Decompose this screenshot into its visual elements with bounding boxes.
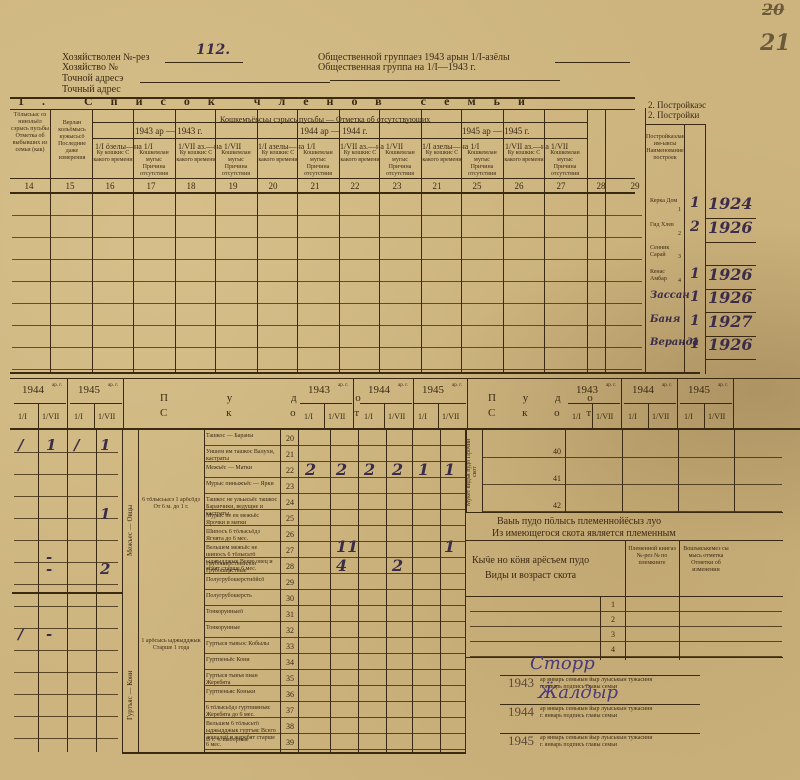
buildings-col-label: Постройкаэлан им-ывсы Наименование постр…	[646, 134, 684, 162]
year-suffix: ар. г.	[338, 383, 348, 388]
signature-text-ru: г. январь подпись главы семьи	[540, 742, 617, 749]
column-number-14: 28	[586, 181, 616, 191]
half1-label: 1/I	[628, 411, 637, 422]
livestock-row-num: 38	[281, 722, 299, 731]
year-suffix: ар. г.	[662, 383, 672, 388]
livestock-row-label: Полугрубошерстнӧйсӧ	[206, 577, 278, 584]
half1-label: 1/I	[684, 411, 693, 422]
livestock-row-num: 20	[281, 434, 299, 443]
year-label: 1945	[422, 385, 444, 396]
livestock-row-num: 31	[281, 610, 299, 619]
building-count[interactable]: 1	[690, 292, 700, 303]
building-num: 4	[678, 276, 681, 287]
livestock-row-label: Тонкорунные	[206, 625, 278, 632]
archive-number: 21	[760, 38, 791, 49]
left-cell-row20-1[interactable]: 1	[46, 436, 56, 454]
livestock-row-num: 27	[281, 546, 299, 555]
livestock-row-label: Ташкос — Бараны	[206, 433, 278, 440]
livestock-row-num: 22	[281, 466, 299, 475]
building-count[interactable]: 1	[690, 269, 700, 280]
livestock-row-num: 33	[281, 642, 299, 651]
building-count[interactable]: 1	[690, 198, 700, 209]
livestock-title-ru-right: С к о т	[488, 408, 603, 419]
left-cell-row29-1[interactable]: -	[46, 625, 52, 643]
signature-handwritten[interactable]: Сторр	[530, 653, 595, 674]
subheader-9: Кошкемлан мугыс Причина отсутствия	[462, 150, 502, 178]
building-year[interactable]: 1926	[708, 269, 753, 280]
mid-cell-row22-4[interactable]: 1	[418, 460, 429, 479]
column-number-2: 16	[95, 181, 125, 191]
household-no-ru-label: Хозяйство №	[62, 62, 118, 73]
column-number-12: 26	[504, 181, 534, 191]
subheader-3: Кошкемлан мугыс Причина отсутствия	[216, 150, 256, 178]
livestock-row-label: Тонкорунныеӧ	[206, 609, 278, 616]
building-count[interactable]: 1	[690, 316, 700, 327]
column-number-13: 27	[546, 181, 576, 191]
subgroup-age1: 1 арӧсысь ыджыдджык Старше 1 года	[140, 638, 202, 652]
building-year[interactable]: 1926	[708, 292, 753, 303]
year-1945-label: 1945 ар — 1945 г.	[462, 126, 529, 137]
building-year[interactable]: 1926	[708, 339, 753, 350]
subheader-1: Кошкемлан мугыс Причина отсутствия	[134, 150, 174, 178]
subheader-2: Ку кошкис С какого времени	[176, 150, 216, 164]
year-label: 1944	[22, 385, 44, 396]
column-number-7: 21	[300, 181, 330, 191]
left-cell-row20-2[interactable]: /	[74, 436, 79, 454]
building-year[interactable]: 1924	[708, 198, 753, 209]
livestock-title-komi: П у д о	[160, 393, 389, 404]
column-number-8: 22	[340, 181, 370, 191]
group-ru-label: Общественная группа на 1/I—1943 г.	[318, 62, 476, 73]
livestock-row-num: 35	[281, 674, 299, 683]
address-komi-label: Точной адресэ	[62, 73, 123, 84]
livestock-row-label: Вельшем 6 тӧлысьтӧ ыджыдджык гуртъяс Все…	[206, 721, 278, 749]
half2-label: 1/VII	[98, 411, 115, 422]
half2-label: 1/VII	[708, 411, 725, 422]
building-name: Зассан	[650, 292, 678, 299]
livestock-title-ru: С к о т	[160, 408, 387, 419]
breeding-row-num: 1	[604, 600, 622, 609]
building-name: Сенник Сарай	[650, 245, 678, 259]
left-cell-row27-3[interactable]: 2	[100, 560, 110, 578]
other-row-num: 40	[548, 447, 566, 456]
subheader-11: Кошкемлан мугыс Причина отсутствия	[545, 150, 585, 178]
livestock-row-num: 28	[281, 562, 299, 571]
livestock-row-num: 32	[281, 626, 299, 635]
column-number-11: 25	[462, 181, 492, 191]
breeding-title-ru: Из имеющегося скота является племенным	[492, 528, 676, 539]
section-title: 1. Список членов семьи	[18, 96, 543, 107]
breeding-col3: Вошъяськемез сы мысь отметка Отметки об …	[680, 546, 732, 574]
signature-year: 1944	[508, 706, 534, 717]
building-num: 2	[678, 229, 681, 240]
column-number-5: 19	[218, 181, 248, 191]
livestock-row-num: 29	[281, 578, 299, 587]
building-name: Веранда	[650, 339, 678, 346]
building-year[interactable]: 1926	[708, 222, 753, 233]
left-cell-row29-0[interactable]: /	[18, 625, 23, 643]
livestock-row-label: В т. ч. выборные	[206, 737, 278, 744]
half2-label: 1/VII	[652, 411, 669, 422]
subheader-0: Ку кошкис С какого времени	[93, 150, 133, 164]
mid-cell-row22-1[interactable]: 2	[336, 460, 347, 479]
signature-text-komi: ар январь семьяын йыр луыськын тужасиня	[540, 706, 652, 713]
signature-year: 1945	[508, 735, 534, 746]
livestock-row-label: Межъёс — Матки	[206, 465, 278, 472]
mid-cell-row27-3[interactable]: 2	[392, 556, 403, 575]
year-suffix: ар. г.	[718, 383, 728, 388]
livestock-title-komi-right: П у д о	[488, 393, 605, 404]
breeding-col2: Племенной книгаэ №-рез № по племкниге	[626, 546, 678, 567]
livestock-row-label: Мурыс пиныжъёс — Ярки	[206, 481, 278, 488]
buildings-title-ru: 2. Постройки	[648, 110, 699, 121]
other-livestock-label: Мукет видъя пудо Прочий скот	[466, 434, 478, 510]
building-num: 1	[678, 205, 681, 216]
year-1944-label: 1944 ар — 1944 г.	[300, 126, 367, 137]
mid-cell-row26-5[interactable]: 1	[444, 537, 455, 556]
left-cell-row27-1[interactable]: -	[46, 560, 52, 578]
year-suffix: ар. г.	[398, 383, 408, 388]
column-number-6: 20	[258, 181, 288, 191]
mid-cell-row22-5[interactable]: 1	[444, 460, 455, 479]
mid-cell-row27-1[interactable]: 4	[336, 556, 347, 575]
building-year[interactable]: 1927	[708, 316, 753, 327]
col15-label: Верлан кольӧмысь кужысьсӧ Последние даже…	[54, 120, 90, 162]
archive-number-crossed: 20	[762, 4, 784, 15]
livestock-row-num: 34	[281, 658, 299, 667]
subheader-8: Ку кошкис С какого времени	[422, 150, 462, 164]
livestock-row-label: Гуртпеньёс Кони	[206, 657, 278, 664]
subheader-10: Ку кошкис С какого времени	[504, 150, 544, 164]
mid-cell-row22-3[interactable]: 2	[392, 460, 403, 479]
livestock-row-num: 23	[281, 482, 299, 491]
subgroup-calves: 6 тӧлысьысэ 1 арӧсӧдз От 6 м. до 1 г.	[140, 497, 202, 511]
subheader-4: Ку кошкис С какого времени	[258, 150, 298, 164]
subheader-7: Кошкемлан мугыс Причина отсутствия	[380, 150, 420, 178]
livestock-row-num: 30	[281, 594, 299, 603]
half1-label: 1/I	[418, 411, 427, 422]
year-suffix: ар. г.	[606, 383, 616, 388]
half2-label: 1/VII	[42, 411, 59, 422]
breeding-row-num: 4	[604, 645, 622, 654]
group-sheep-label: Межъес — Овцы	[126, 440, 134, 620]
group-horses-label: Гуртъяс — Кони	[126, 640, 134, 750]
livestock-row-num: 36	[281, 690, 299, 699]
left-cell-row23-3[interactable]: 1	[100, 505, 110, 523]
year-label: 1945	[688, 385, 710, 396]
building-name: Баня	[650, 316, 678, 323]
livestock-row-label: Гуртпеньяс Коньки	[206, 689, 278, 696]
half1-label: 1/I	[74, 411, 83, 422]
signature-year: 1943	[508, 677, 534, 688]
column-number-3: 17	[136, 181, 166, 191]
column-number-10: 21	[422, 181, 452, 191]
breeding-title-komi: Ваыь пудо пӧлысь племеннойёсыз луо	[497, 516, 661, 527]
mid-cell-row26-1[interactable]: 11	[336, 537, 358, 556]
year-suffix: ар. г.	[108, 383, 118, 388]
absence-header: Кошкемъёвсьы сэрысь пусьбы — Отметка об …	[220, 114, 430, 125]
livestock-row-num: 24	[281, 498, 299, 507]
signature-handwritten[interactable]: Ӝалдыр	[538, 682, 618, 703]
col14-label: Тӧлысьыс оз нинэльёл сэрысь пусьбы Отмет…	[10, 112, 50, 154]
year-suffix: ар. г.	[52, 383, 62, 388]
breeding-row-num: 2	[604, 615, 622, 624]
signature-text-komi: ар январь семьяын йыр луыськын тужасиня	[540, 735, 652, 742]
breeding-col1-komi: Кыӵе но кӧня арёсъем пудо	[472, 555, 589, 566]
signature-text-ru: г. январь подпись главы семьи	[540, 713, 617, 720]
year-label: 1945	[78, 385, 100, 396]
half2-label: 1/VII	[388, 411, 405, 422]
livestock-row-num: 21	[281, 450, 299, 459]
other-row-num: 41	[548, 474, 566, 483]
mid-cell-row22-2[interactable]: 2	[364, 460, 375, 479]
building-num: 3	[678, 252, 681, 263]
column-number-1: 15	[55, 181, 85, 191]
building-count[interactable]: 2	[690, 222, 700, 233]
column-number-0: 14	[14, 181, 44, 191]
column-number-9: 23	[382, 181, 412, 191]
left-cell-row20-0[interactable]: /	[18, 436, 23, 454]
year-label: 1944	[632, 385, 654, 396]
other-row-num: 42	[548, 501, 566, 510]
livestock-row-label: Полугрубошерсть	[206, 593, 278, 600]
livestock-row-num: 37	[281, 706, 299, 715]
household-number-value[interactable]: 112.	[196, 45, 230, 56]
year-1943-label: 1943 ар — 1943 г.	[135, 126, 202, 137]
column-number-4: 18	[176, 181, 206, 191]
half1-label: 1/I	[18, 411, 27, 422]
breeding-row-num: 3	[604, 630, 622, 639]
mid-cell-row22-0[interactable]: 2	[305, 460, 316, 479]
livestock-row-num: 26	[281, 530, 299, 539]
breeding-col1-ru: Виды и возраст скота	[485, 570, 576, 581]
year-suffix: ар. г.	[452, 383, 462, 388]
livestock-row-num: 25	[281, 514, 299, 523]
left-cell-row20-3[interactable]: 1	[100, 436, 110, 454]
livestock-row-num: 39	[281, 738, 299, 747]
livestock-row-label: Гуртыся тывьос Кобылы	[206, 641, 278, 648]
subheader-5: Кошкемлан мугыс Причина отсутствия	[298, 150, 338, 178]
half2-label: 1/VII	[442, 411, 459, 422]
building-name: Керка Дом	[650, 198, 678, 205]
building-name: Кенас Амбар	[650, 269, 678, 283]
building-count[interactable]: 1	[690, 339, 700, 350]
subheader-6: Ку кошкис С какого времени	[340, 150, 380, 164]
building-name: Гид Хлев	[650, 222, 678, 229]
